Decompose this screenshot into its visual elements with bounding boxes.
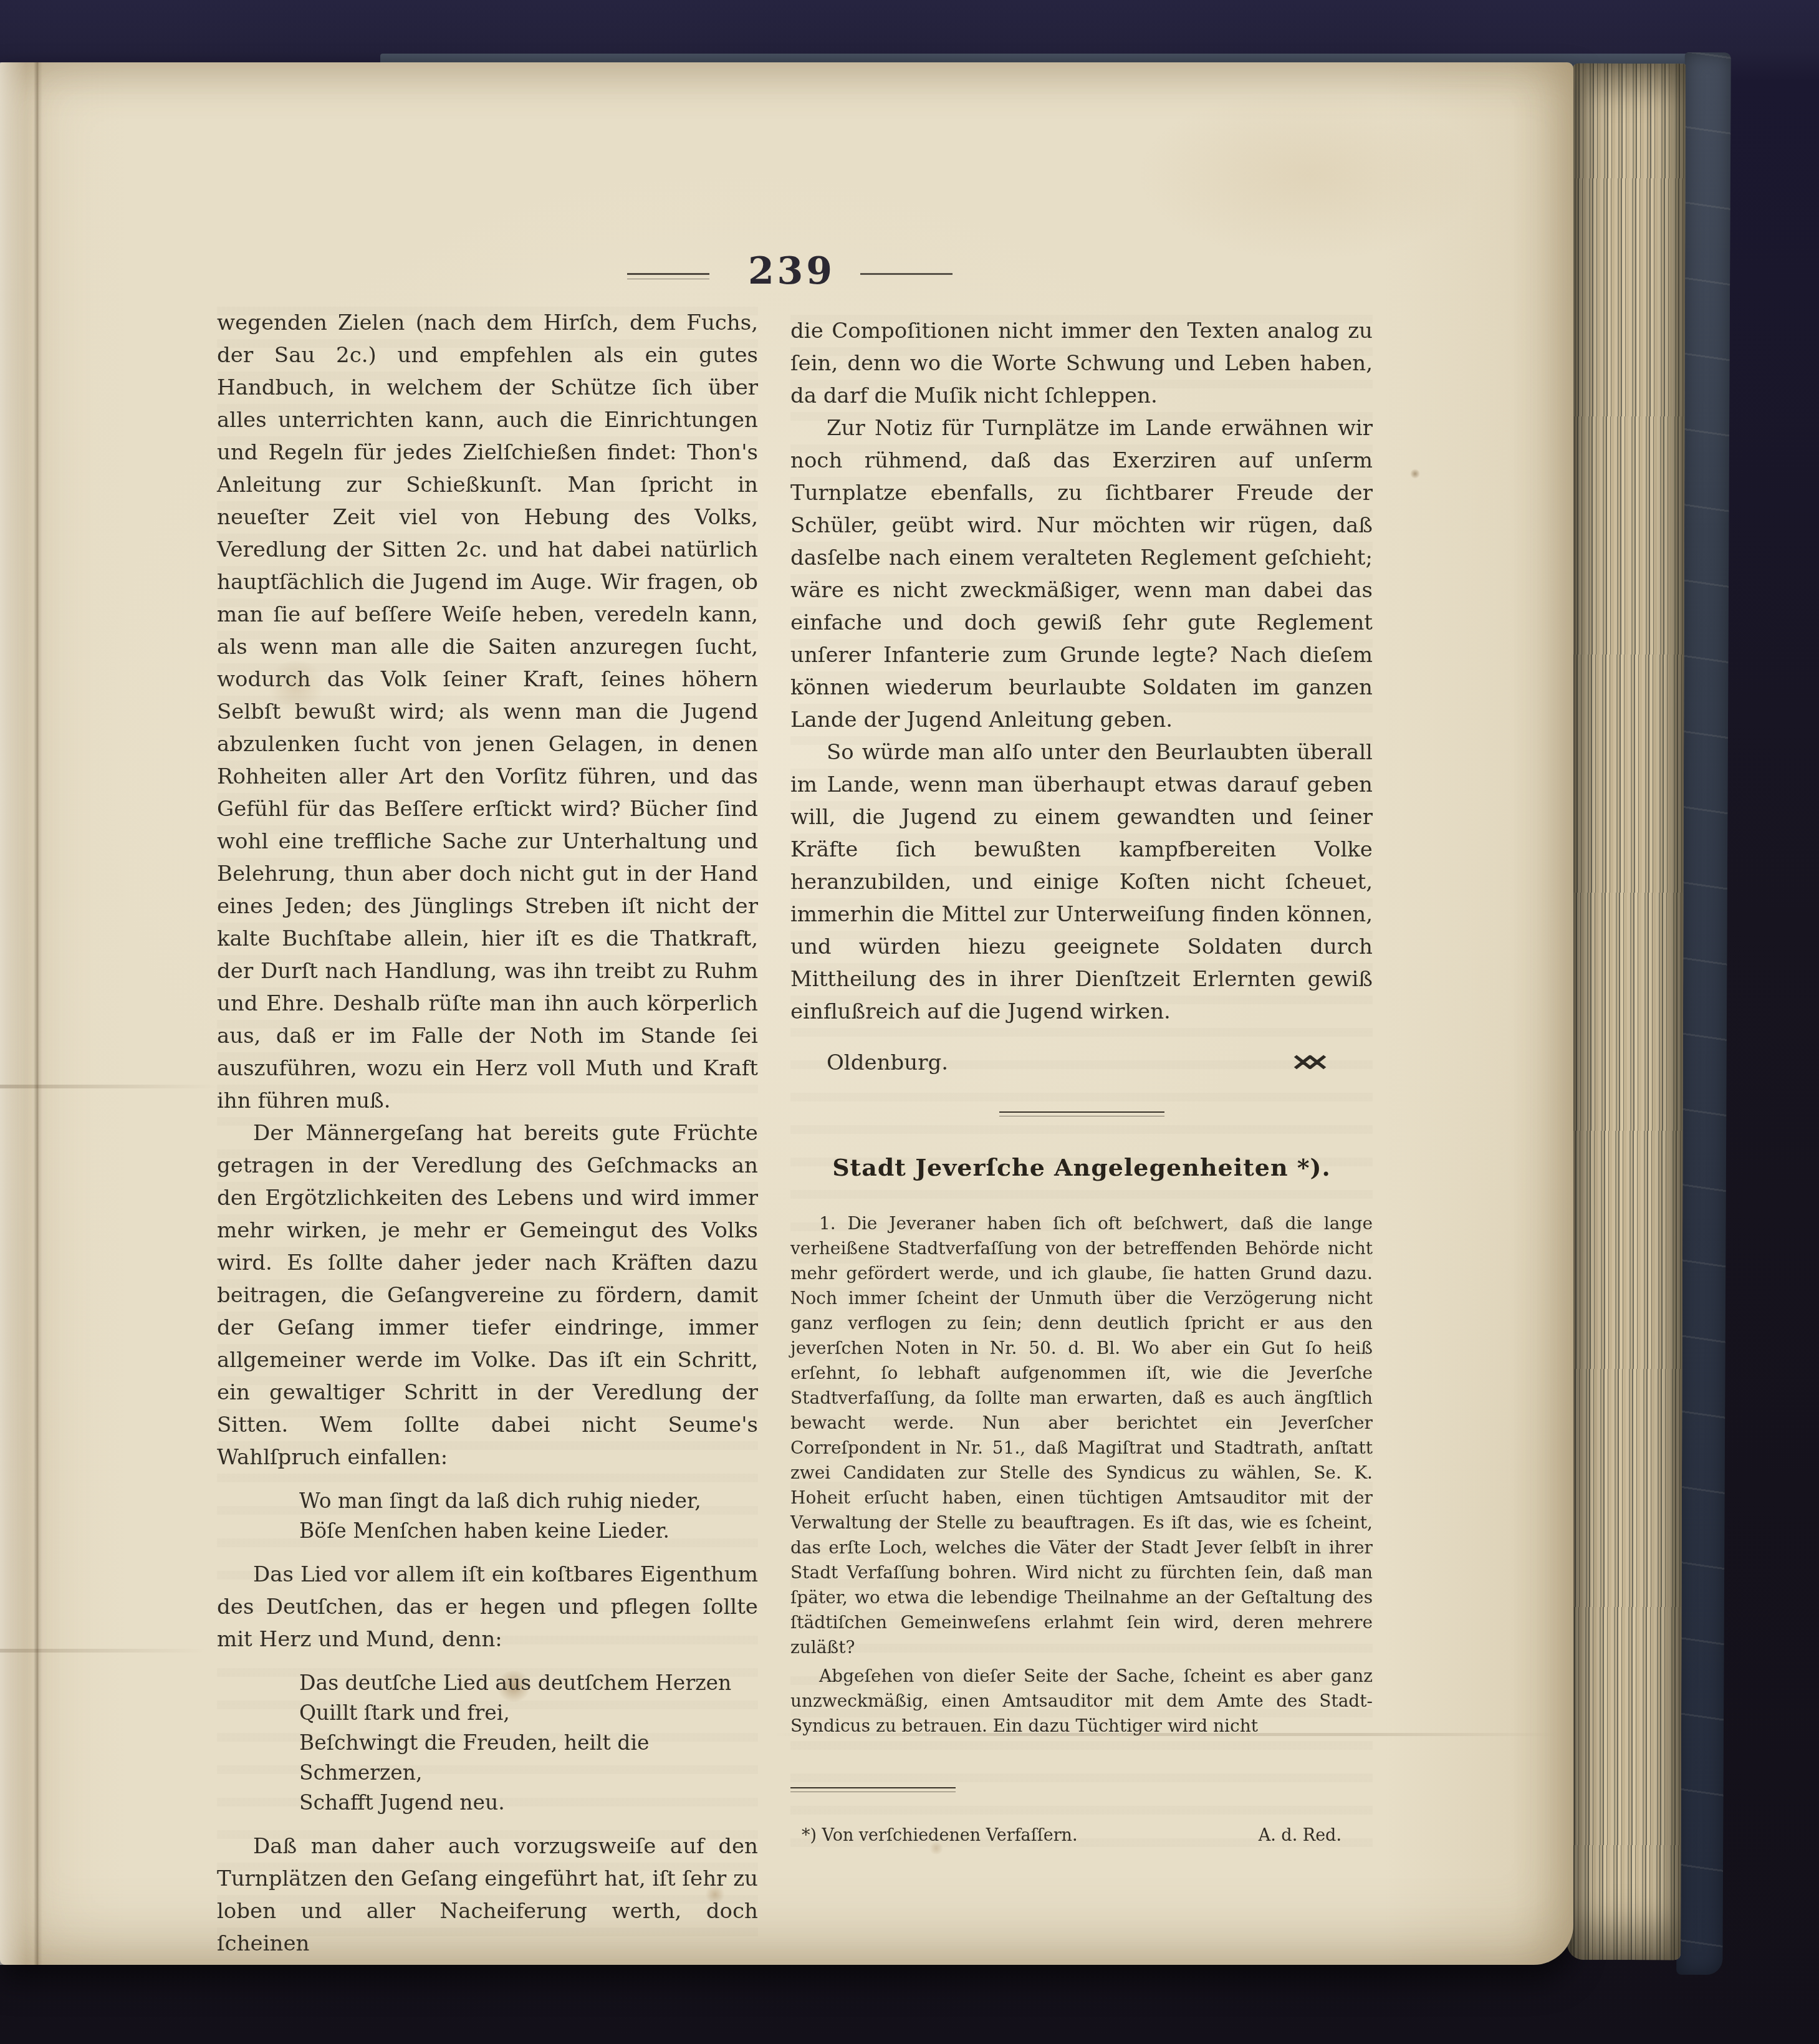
paragraph: Der Männergeſang hat bereits gute Frücht… — [217, 1117, 758, 1474]
verse-quote: Wo man ſingt da laß dich ruhig nieder, B… — [299, 1486, 758, 1546]
verse-quote: Das deutſche Lied aus deutſchem Herzen Q… — [299, 1668, 758, 1818]
book-page: 239 wegenden Zielen (nach dem Hirſch, de… — [0, 62, 1573, 1965]
verse-line: Das deutſche Lied aus deutſchem Herzen — [299, 1668, 758, 1698]
verse-line: Böſe Menſchen haben keine Lieder. — [299, 1516, 758, 1546]
paragraph: Abgeſehen von dieſer Seite der Sache, ſc… — [790, 1664, 1373, 1739]
page-number-right-dash — [860, 273, 953, 279]
left-text-column: wegenden Zielen (nach dem Hirſch, dem Fu… — [217, 307, 758, 1960]
footnote-rule — [790, 1787, 956, 1792]
gutter-crease — [34, 62, 42, 1965]
book-page-stack-fore-edge — [1567, 64, 1686, 1960]
footnote-row: *) Von verſchiedenen Verfaſſern. A. d. R… — [790, 1825, 1373, 1847]
paper-stain — [1135, 87, 1484, 262]
page-number: 239 — [698, 249, 885, 293]
verse-line: Wo man ſingt da laß dich ruhig nieder, — [299, 1486, 758, 1516]
signature-place: Oldenburg. — [827, 1047, 948, 1079]
verse-line: Schafft Jugend neu. — [299, 1788, 758, 1818]
horizontal-crease — [0, 1649, 206, 1653]
section-heading: Stadt Jeverſche Angelegenheiten *). — [790, 1151, 1373, 1184]
author-xx-mark: ✕✕ — [1291, 1050, 1329, 1076]
right-text-column: die Compoſitionen nicht immer den Texten… — [790, 315, 1373, 1847]
verse-line: Quillt ſtark und frei, — [299, 1698, 758, 1728]
paper-stain — [1410, 469, 1420, 479]
paragraph: wegenden Zielen (nach dem Hirſch, dem Fu… — [217, 307, 758, 1117]
paragraph: Zur Notiz für Turnplätze im Lande erwähn… — [790, 412, 1373, 736]
footnote-text: *) Von verſchiedenen Verfaſſern. — [802, 1825, 1078, 1847]
book-scan-photo: 239 wegenden Zielen (nach dem Hirſch, de… — [0, 0, 1819, 2044]
paragraph: Das Lied vor allem iſt ein koſtbares Eig… — [217, 1558, 758, 1656]
verse-line: Beſchwingt die Freuden, heilt die Schmer… — [299, 1728, 758, 1788]
page-number-left-dash — [627, 273, 709, 279]
page-left-edge-highlight — [0, 62, 26, 1965]
paragraph: die Compoſitionen nicht immer den Texten… — [790, 315, 1373, 412]
paragraph: 1. Die Jeveraner haben ſich oft beſchwer… — [790, 1211, 1373, 1660]
horizontal-crease — [0, 1085, 218, 1088]
paragraph: Daß man daher auch vorzugsweiſe auf den … — [217, 1830, 758, 1960]
paragraph: So würde man alſo unter den Beurlaubten … — [790, 736, 1373, 1028]
section-divider-rule — [999, 1111, 1164, 1116]
signature-row: Oldenburg. ✕✕ — [790, 1047, 1373, 1079]
footnote-attribution: A. d. Red. — [1259, 1825, 1341, 1847]
